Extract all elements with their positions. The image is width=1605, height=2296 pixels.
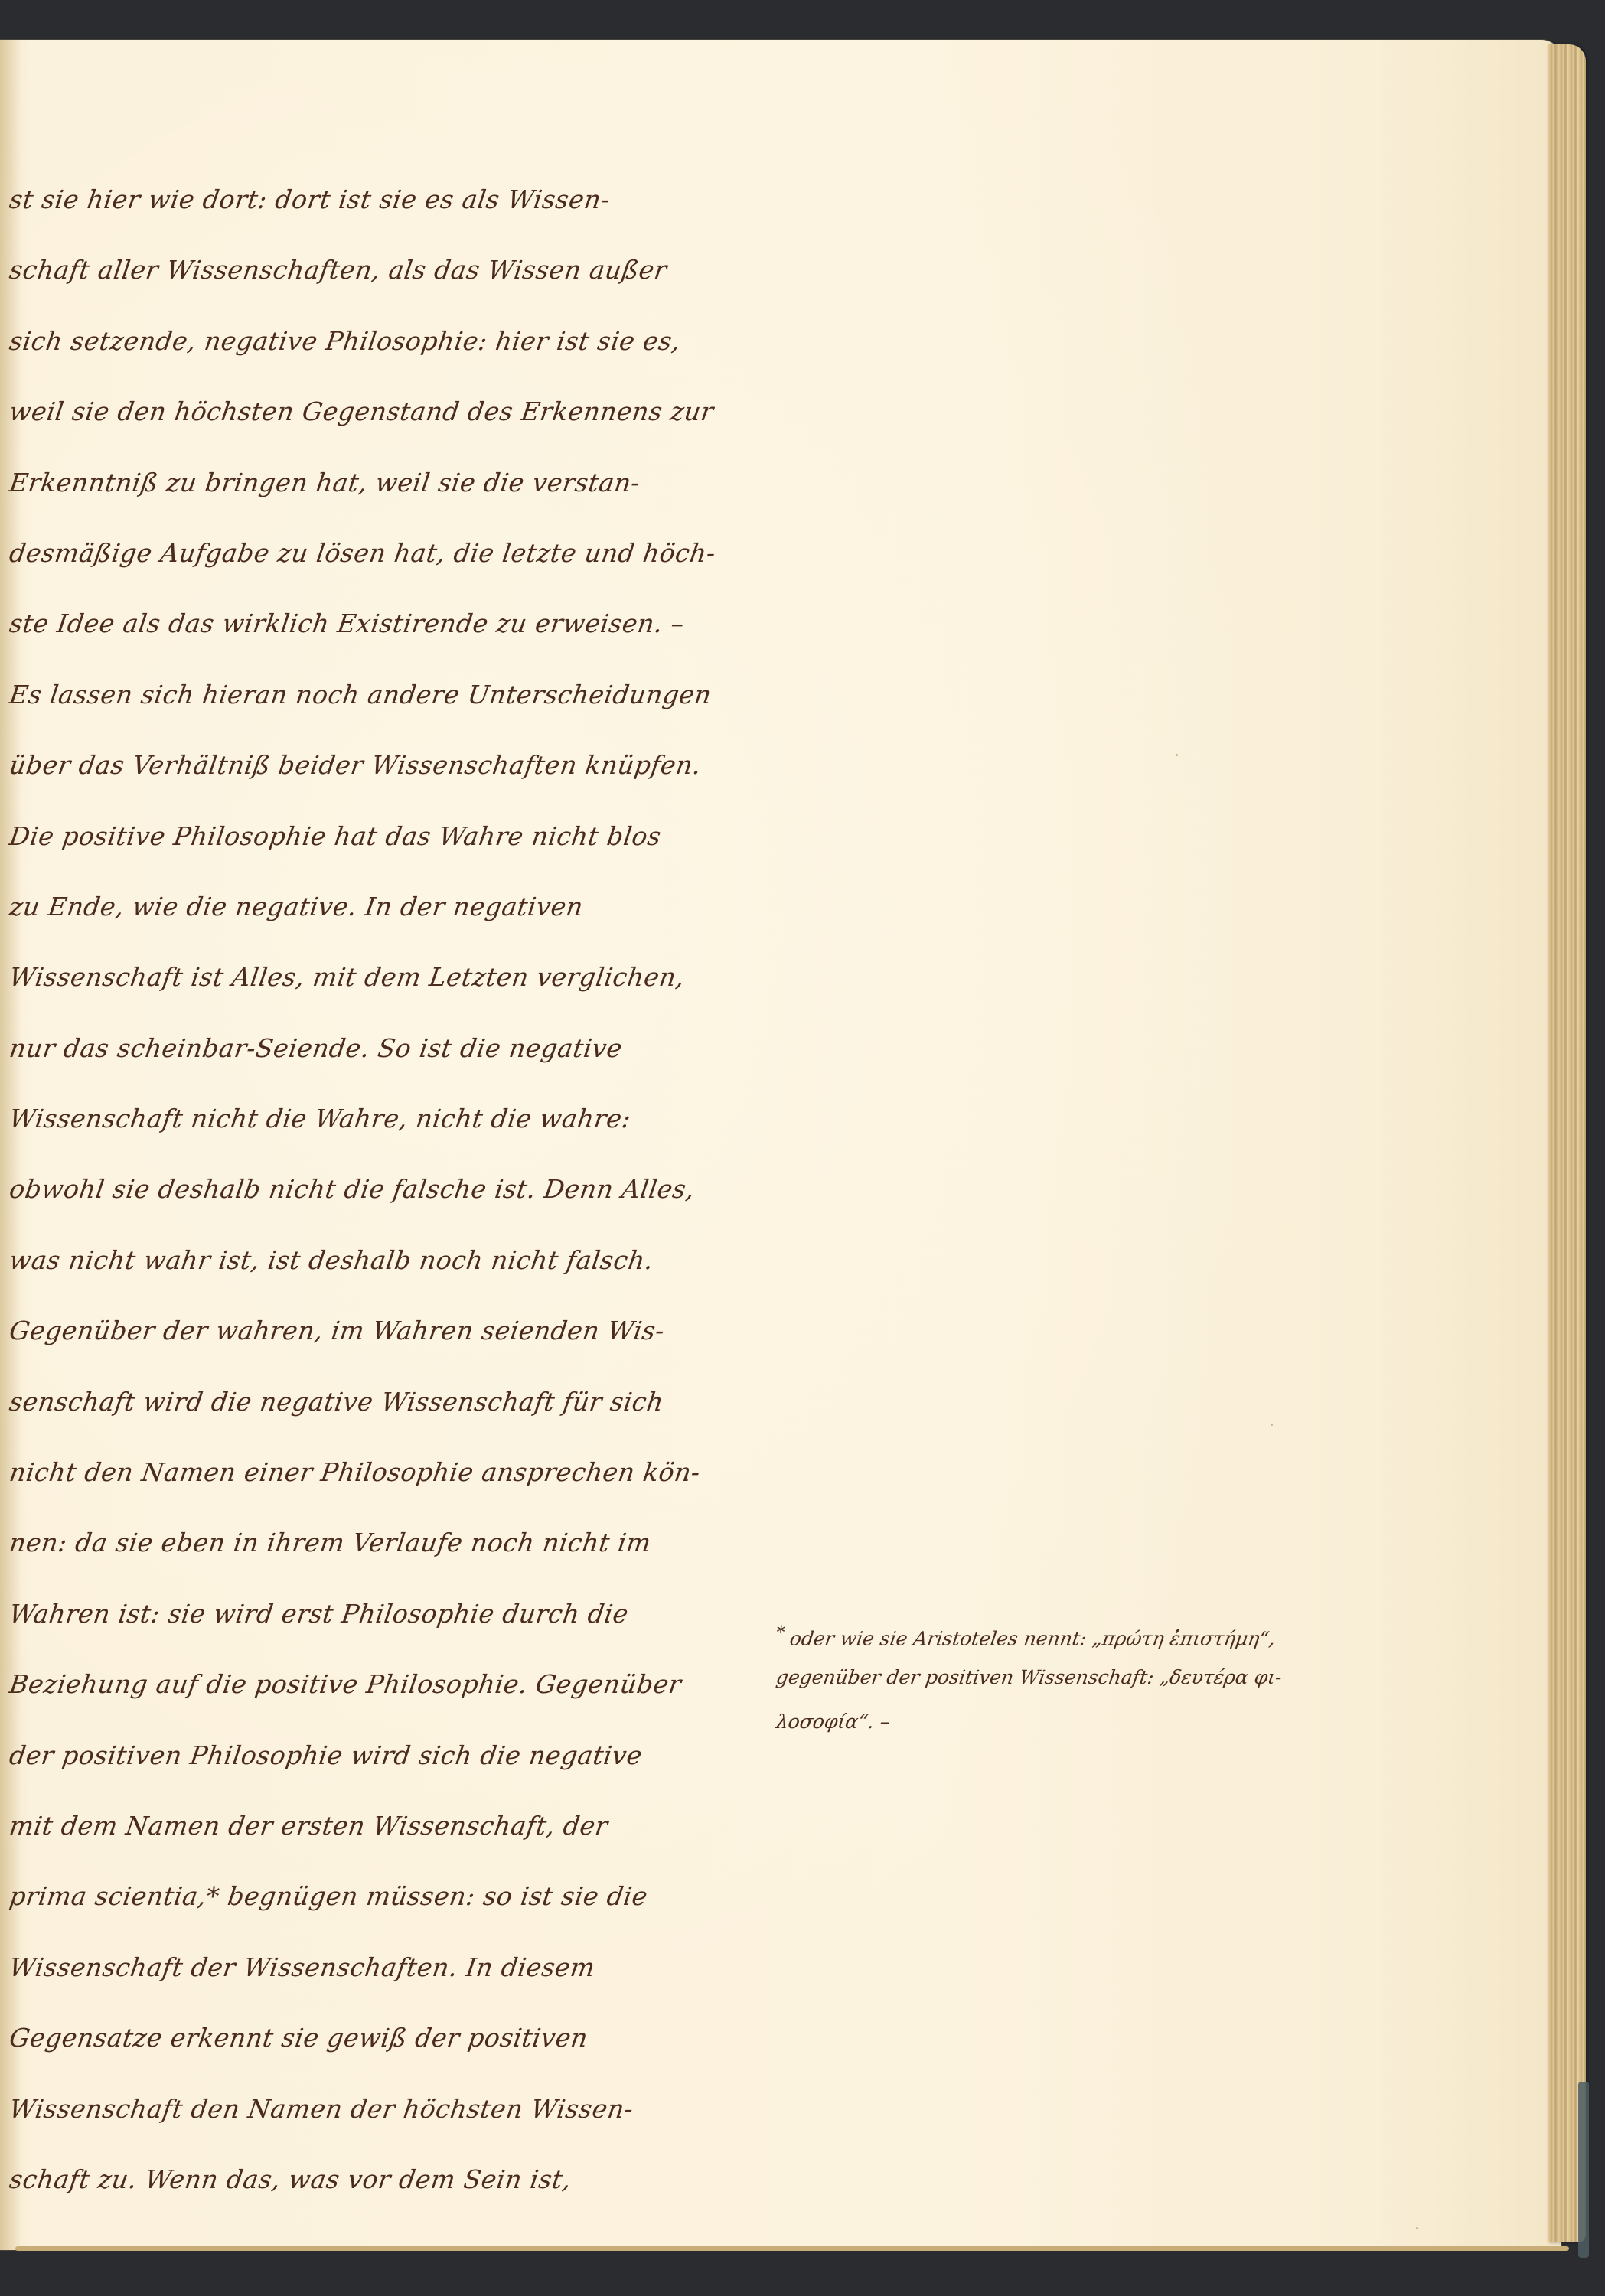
footnote-text: oder wie sie Aristoteles nennt: „πρώτη ἐ… [788,1627,1277,1649]
page-bottom-edge [15,2246,1569,2251]
footnote-line: λοσοφία“. – [773,1700,1529,1744]
text-line: der positiven Philosophie wird sich die … [5,1720,788,1791]
text-line: obwohl sie deshalb nicht die falsche ist… [5,1154,788,1225]
text-line: schaft aller Wissenschaften, als das Wis… [5,235,788,305]
text-line: Gegensatze erkennt sie gewiß der positiv… [5,2003,788,2073]
main-text-column: st sie hier wie dort: dort ist sie es al… [5,165,778,2215]
text-line: sich setzende, negative Philosophie: hie… [5,306,788,377]
text-line: Wahren ist: sie wird erst Philosophie du… [5,1579,788,1649]
cover-edge [1578,2082,1589,2258]
text-line: Wissenschaft nicht die Wahre, nicht die … [5,1084,788,1154]
text-line: Wissenschaft den Namen der höchsten Wiss… [5,2074,788,2144]
text-line: Erkenntniß zu bringen hat, weil sie die … [5,448,788,518]
text-line: nicht den Namen einer Philosophie anspre… [5,1437,788,1508]
page-edges [1548,44,1586,2242]
footnote-line: *oder wie sie Aristoteles nennt: „πρώτη … [773,1611,1529,1655]
text-line: ste Idee als das wirklich Existirende zu… [5,589,788,659]
text-line: nen: da sie eben in ihrem Verlaufe noch … [5,1508,788,1578]
text-line: Die positive Philosophie hat das Wahre n… [5,801,788,872]
text-line: über das Verhältniß beider Wissenschafte… [5,730,788,801]
paper-speck [1176,754,1178,756]
text-line: Beziehung auf die positive Philosophie. … [5,1649,788,1720]
text-line: mit dem Namen der ersten Wissenschaft, d… [5,1791,788,1861]
text-line: was nicht wahr ist, ist deshalb noch nic… [5,1225,788,1296]
footnote: *oder wie sie Aristoteles nennt: „πρώτη … [773,1611,1523,1744]
text-line: weil sie den höchsten Gegenstand des Erk… [5,377,788,447]
footnote-line: gegenüber der positiven Wissenschaft: „δ… [773,1655,1529,1700]
text-line: Wissenschaft ist Alles, mit dem Letzten … [5,942,788,1013]
text-line: Gegenüber der wahren, im Wahren seienden… [5,1296,788,1366]
text-line: schaft zu. Wenn das, was vor dem Sein is… [5,2144,788,2215]
text-line: Es lassen sich hieran noch andere Unters… [5,660,788,730]
text-line: prima scientia,* begnügen müssen: so ist… [5,1861,788,1932]
paper-speck [1271,1424,1273,1426]
text-line: zu Ende, wie die negative. In der negati… [5,872,788,942]
text-line: Wissenschaft der Wissenschaften. In dies… [5,1932,788,2003]
paper-speck [1416,2227,1418,2229]
footnote-marker: * [775,1623,786,1642]
text-line: nur das scheinbar-Seiende. So ist die ne… [5,1013,788,1084]
text-line: senschaft wird die negative Wissenschaft… [5,1367,788,1437]
text-line: desmäßige Aufgabe zu lösen hat, die letz… [5,518,788,589]
text-line: st sie hier wie dort: dort ist sie es al… [5,165,788,235]
